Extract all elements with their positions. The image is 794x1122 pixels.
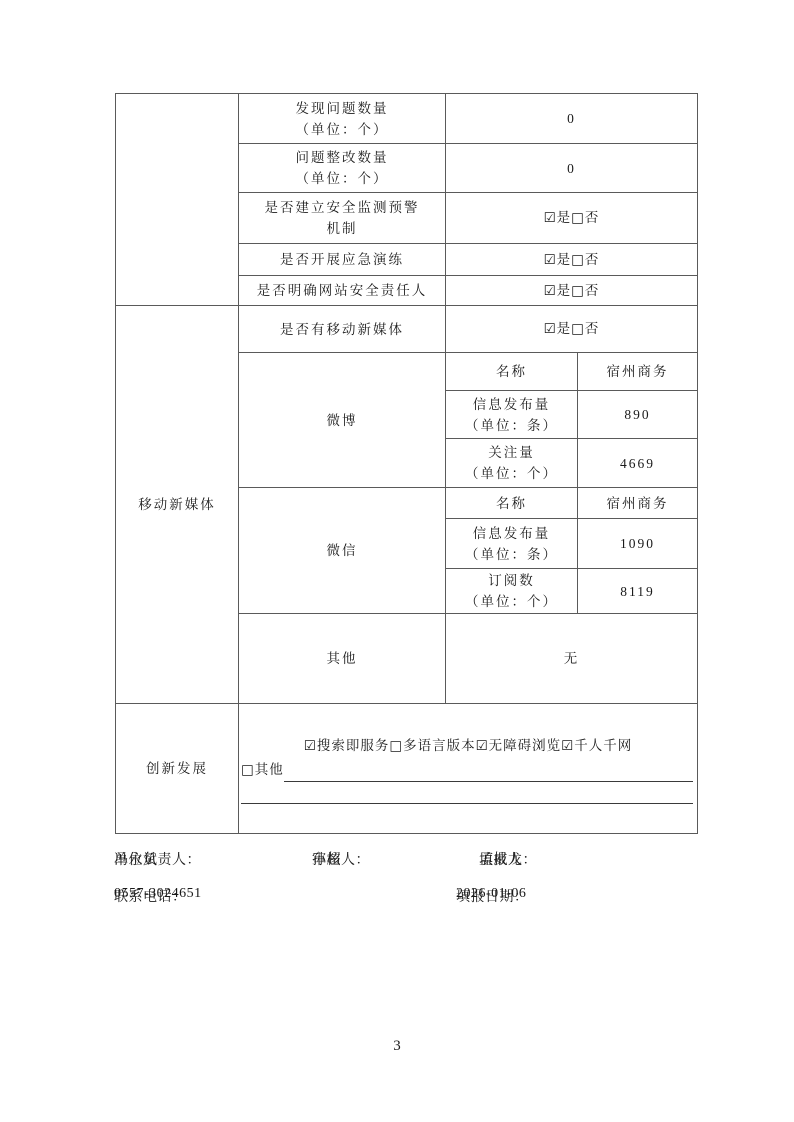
security-responsible-value: ☑是□否: [446, 276, 698, 306]
wechat-label: 微信: [239, 488, 446, 614]
emergency-drill-value: ☑是□否: [446, 244, 698, 276]
weibo-name-label: 名称: [446, 353, 578, 391]
unit-head-value: 冯永斌: [114, 849, 158, 869]
problems-rectified-label-line1: 问题整改数量: [241, 147, 443, 168]
footer-contact-row: 联系电话：0557-3024651 填报日期：2026-01-06: [0, 886, 794, 906]
yes-no-checkbox: ☑是□否: [544, 210, 600, 226]
filler-value: 孟威龙: [479, 849, 523, 869]
wechat-posts-label-line2: （单位：条）: [448, 544, 575, 565]
problems-found-value: 0: [446, 94, 698, 144]
monitoring-mechanism-label: 是否建立安全监测预警 机制: [239, 193, 446, 244]
wechat-posts-value: 1090: [578, 519, 698, 569]
has-mobile-media-value: ☑是□否: [446, 306, 698, 353]
reviewer-value: 孙超: [312, 849, 341, 869]
monitoring-mechanism-label-line1: 是否建立安全监测预警: [241, 197, 443, 218]
security-section-label-cell: [116, 94, 239, 306]
other-media-label: 其他: [239, 614, 446, 704]
wechat-name-label: 名称: [446, 488, 578, 519]
weibo-followers-label-line2: （单位：个）: [448, 463, 575, 484]
problems-rectified-value: 0: [446, 144, 698, 193]
other-media-value: 无: [446, 614, 698, 704]
contact-phone-value: 0557-3024651: [114, 886, 202, 902]
innovation-extra-blank-line: [241, 782, 693, 804]
weibo-followers-label: 关注量 （单位：个）: [446, 439, 578, 488]
weibo-followers-value: 4669: [578, 439, 698, 488]
weibo-label: 微博: [239, 353, 446, 488]
emergency-drill-label: 是否开展应急演练: [239, 244, 446, 276]
weibo-posts-label-line1: 信息发布量: [448, 394, 575, 415]
weibo-posts-label-line2: （单位：条）: [448, 415, 575, 436]
wechat-subscribers-label: 订阅数 （单位：个）: [446, 569, 578, 614]
footer-signature-row: 单位负责人：冯永斌 审核人：孙超 填报人：孟威龙: [0, 849, 794, 869]
report-table: 发现问题数量 （单位：个） 0 问题整改数量 （单位：个） 0 是否建立安全监测…: [115, 93, 698, 834]
yes-no-checkbox: ☑是□否: [544, 283, 600, 299]
wechat-name-value: 宿州商务: [578, 488, 698, 519]
monitoring-mechanism-value: ☑是□否: [446, 193, 698, 244]
innovation-content-cell: ☑搜索即服务□多语言版本☑无障碍浏览☑千人千网 □其他: [239, 704, 698, 834]
mobile-media-section-label: 移动新媒体: [116, 306, 239, 704]
wechat-subscribers-label-line1: 订阅数: [448, 570, 575, 591]
problems-rectified-label: 问题整改数量 （单位：个）: [239, 144, 446, 193]
wechat-subscribers-label-line2: （单位：个）: [448, 591, 575, 612]
problems-rectified-label-line2: （单位：个）: [241, 168, 443, 189]
innovation-options-checkboxes: ☑搜索即服务□多语言版本☑无障碍浏览☑千人千网: [241, 734, 695, 758]
document-page: 发现问题数量 （单位：个） 0 问题整改数量 （单位：个） 0 是否建立安全监测…: [0, 0, 794, 1122]
weibo-posts-value: 890: [578, 391, 698, 439]
has-mobile-media-label: 是否有移动新媒体: [239, 306, 446, 353]
weibo-followers-label-line1: 关注量: [448, 442, 575, 463]
problems-found-label: 发现问题数量 （单位：个）: [239, 94, 446, 144]
report-date-value: 2026-01-06: [456, 886, 526, 902]
yes-no-checkbox: ☑是□否: [544, 321, 600, 337]
security-responsible-label: 是否明确网站安全责任人: [239, 276, 446, 306]
wechat-posts-label-line1: 信息发布量: [448, 523, 575, 544]
weibo-posts-label: 信息发布量 （单位：条）: [446, 391, 578, 439]
innovation-section-label: 创新发展: [116, 704, 239, 834]
innovation-other-checkbox: □其他: [241, 758, 284, 782]
problems-found-label-line1: 发现问题数量: [241, 98, 443, 119]
wechat-posts-label: 信息发布量 （单位：条）: [446, 519, 578, 569]
monitoring-mechanism-label-line2: 机制: [241, 218, 443, 239]
weibo-name-value: 宿州商务: [578, 353, 698, 391]
wechat-subscribers-value: 8119: [578, 569, 698, 614]
innovation-other-blank-line: [284, 762, 693, 782]
page-number: 3: [0, 1038, 794, 1055]
yes-no-checkbox: ☑是□否: [544, 252, 600, 268]
problems-found-label-line2: （单位：个）: [241, 119, 443, 140]
